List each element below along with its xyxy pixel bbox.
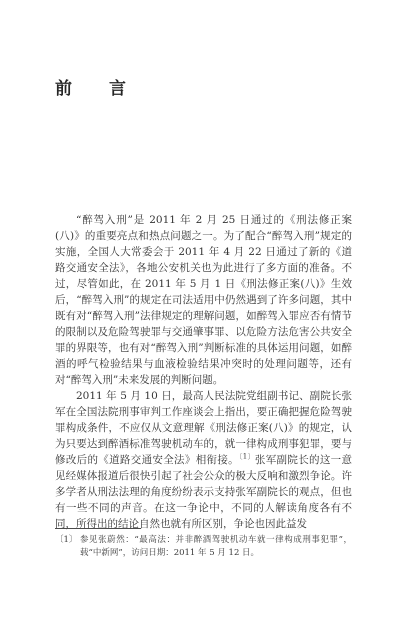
- footnote-reference-marker: 〔1〕: [239, 453, 255, 461]
- footnote: 〔1〕 参见张蔚然：“最高法：并非醉酒驾驶机动车就一律构成刑事犯罪”，载“中新网…: [55, 534, 352, 560]
- body-text: “醉驾入刑”是 2011 年 2 月 25 日通过的《刑法修正案(八)》的重要亮…: [55, 212, 352, 532]
- book-page: 前 言 “醉驾入刑”是 2011 年 2 月 25 日通过的《刑法修正案(八)》…: [0, 0, 405, 628]
- page-title: 前 言: [55, 74, 127, 99]
- footnote-marker: 〔1〕: [55, 534, 80, 560]
- paragraph-1: “醉驾入刑”是 2011 年 2 月 25 日通过的《刑法修正案(八)》的重要亮…: [55, 212, 352, 388]
- footnote-divider: [55, 528, 141, 529]
- paragraph-2: 2011 年 5 月 10 日，最高人民法院党组副书记、副院长张军在全国法院刑事…: [55, 388, 352, 532]
- footnote-text: 参见张蔚然：“最高法：并非醉酒驾驶机动车就一律构成刑事犯罪”，载“中新网”，访问…: [80, 534, 352, 560]
